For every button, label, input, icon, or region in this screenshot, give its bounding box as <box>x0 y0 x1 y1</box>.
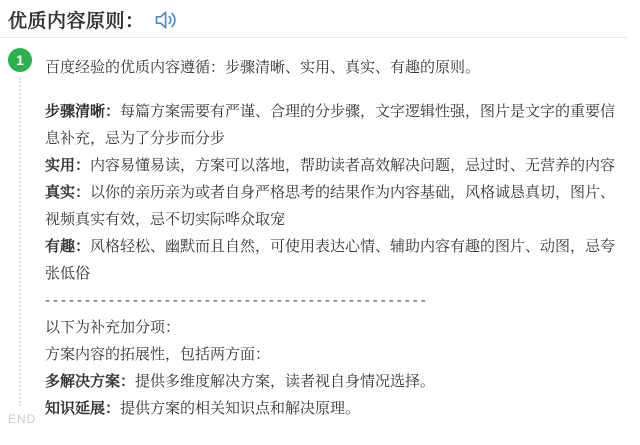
paragraph-authentic: 真实：以你的亲历亲为或者自身严格思考的结果作为内容基础，风格诚恳真切，图片、视频… <box>45 179 628 233</box>
header-divider <box>0 37 627 38</box>
dashed-separator-line: ----------------------------------------… <box>45 287 628 314</box>
text-to-speech-button[interactable] <box>154 8 178 32</box>
article-page: 优质内容原则： 1 百度经验的优质内容遵循：步骤清晰、实用、真实、有趣的原则。 … <box>0 0 640 445</box>
step-body: 步骤清晰：每篇方案需要有严谨、合理的分步骤，文字逻辑性强，图片是文字的重要信息补… <box>45 98 628 422</box>
paragraph-lead: 真实： <box>45 184 90 201</box>
paragraph-text: 每篇方案需要有严谨、合理的分步骤，文字逻辑性强，图片是文字的重要信息补充，忌为了… <box>45 103 615 147</box>
paragraph-text: 提供方案的相关知识点和解决原理。 <box>120 400 360 417</box>
paragraph-bonus-intro: 以下为补充加分项： <box>45 314 628 341</box>
paragraph-text: 方案内容的拓展性，包括两方面： <box>45 346 270 363</box>
step-number-badge: 1 <box>8 48 32 72</box>
paragraph-text: 风格轻松、幽默而且自然，可使用表达心情、辅助内容有趣的图片、动图，忌夸张低俗 <box>45 238 615 282</box>
paragraph-expandability: 方案内容的拓展性，包括两方面： <box>45 341 628 368</box>
paragraph-multi-solutions: 多解决方案：提供多维度解决方案，读者视自身情况选择。 <box>45 368 628 395</box>
paragraph-lead: 知识延展： <box>45 400 120 417</box>
paragraph-lead: 多解决方案： <box>45 373 135 390</box>
paragraph-steps-clear: 步骤清晰：每篇方案需要有严谨、合理的分步骤，文字逻辑性强，图片是文字的重要信息补… <box>45 98 628 152</box>
article-header: 优质内容原则： <box>8 6 632 33</box>
step-connector-line <box>19 78 21 406</box>
speaker-icon <box>154 9 178 31</box>
paragraph-lead: 有趣： <box>45 238 90 255</box>
paragraph-text: ----------------------------------------… <box>45 292 429 309</box>
end-marker: END <box>8 412 36 426</box>
paragraph-lead: 实用： <box>45 157 90 174</box>
paragraph-text: 以下为补充加分项： <box>45 319 180 336</box>
page-title: 优质内容原则： <box>8 6 145 33</box>
step-intro-text: 百度经验的优质内容遵循：步骤清晰、实用、真实、有趣的原则。 <box>45 59 626 77</box>
paragraph-interesting: 有趣：风格轻松、幽默而且自然，可使用表达心情、辅助内容有趣的图片、动图，忌夸张低… <box>45 233 628 287</box>
paragraph-practical: 实用：内容易懂易读，方案可以落地，帮助读者高效解决问题，忌过时、无营养的内容 <box>45 152 628 179</box>
paragraph-text: 内容易懂易读，方案可以落地，帮助读者高效解决问题，忌过时、无营养的内容 <box>90 157 615 174</box>
paragraph-lead: 步骤清晰： <box>45 103 120 120</box>
paragraph-knowledge-extension: 知识延展：提供方案的相关知识点和解决原理。 <box>45 395 628 422</box>
paragraph-text: 以你的亲历亲为或者自身严格思考的结果作为内容基础，风格诚恳真切，图片、视频真实有… <box>45 184 615 228</box>
paragraph-text: 提供多维度解决方案，读者视自身情况选择。 <box>135 373 435 390</box>
